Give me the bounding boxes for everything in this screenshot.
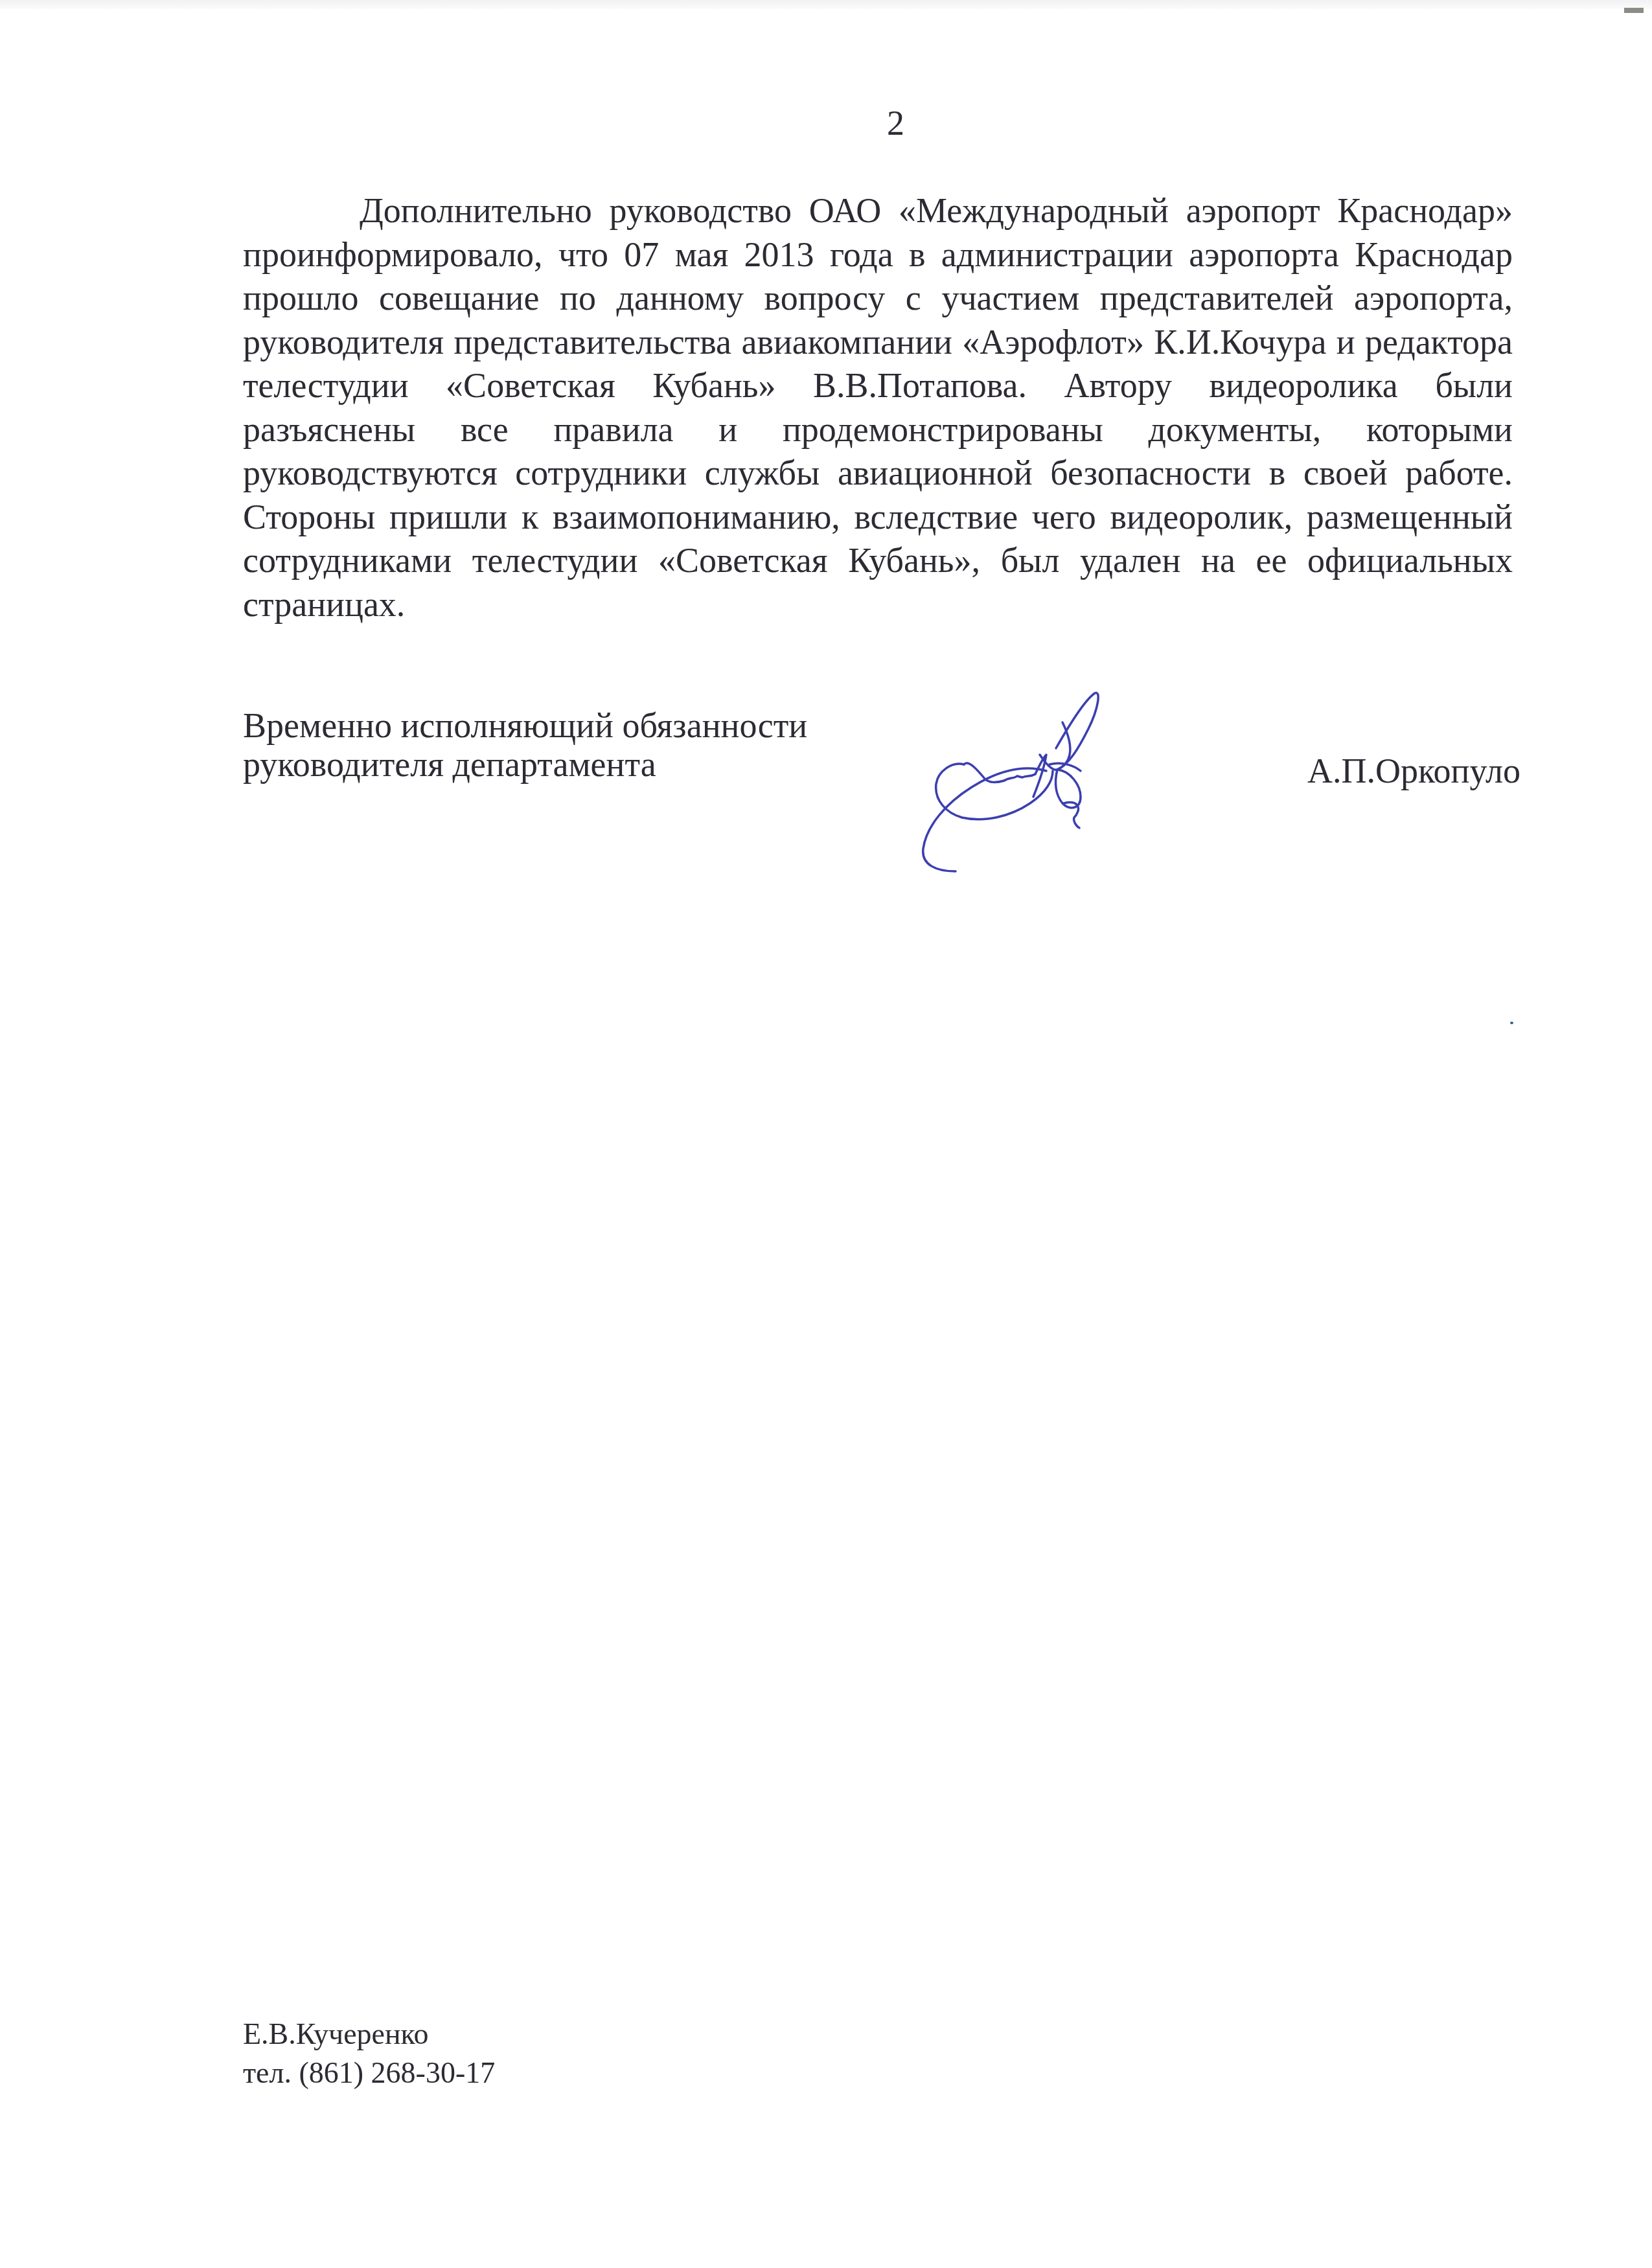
position-line-1: Временно исполняющий обязанности (243, 706, 807, 745)
scan-speck (1510, 1022, 1513, 1024)
body-paragraph: Дополнительно руководство ОАО «Междунаро… (243, 189, 1513, 626)
handwritten-signature-icon (907, 674, 1270, 888)
signatory-position: Временно исполняющий обязанности руковод… (243, 706, 807, 784)
scan-edge-mark (1624, 8, 1644, 13)
scan-top-edge (0, 0, 1652, 9)
page-number: 2 (0, 104, 1652, 143)
position-line-2: руководителя департамента (243, 745, 807, 784)
executor-contact: Е.В.Кучеренко тел. (861) 268-30-17 (243, 2015, 495, 2092)
signer-name: А.П.Оркопуло (1307, 751, 1520, 790)
executor-name: Е.В.Кучеренко (243, 2015, 495, 2054)
executor-phone: тел. (861) 268-30-17 (243, 2054, 495, 2092)
